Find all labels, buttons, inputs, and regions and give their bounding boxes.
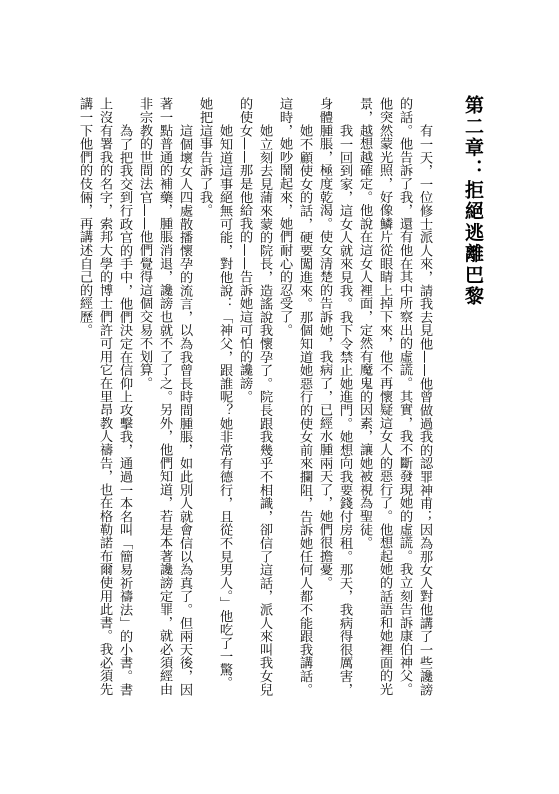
text-column: 有一天，一位修士派人來，請我去見他——他曾做過我的認罪神甫；因為那女人對他講了一…: [414, 97, 434, 699]
text-column: 她把這事告訴了我。: [194, 97, 214, 699]
text-column: 這個壞女人四處散播懷孕的流言，以為我曾長時間腫脹，如此別人就會信以為真了。但兩天…: [174, 97, 194, 699]
text-column: 這時，她吵鬧起來，她們耐心的忍受了。: [274, 97, 294, 699]
text-column: 著一點普通的補藥，腫脹消退，讒謗也就不了了之。另外，他們知道，若是本著讒謗定罪，…: [154, 97, 174, 699]
body-text: 有一天，一位修士派人來，請我去見他——他曾做過我的認罪神甫；因為那女人對他講了一…: [74, 97, 434, 699]
text-column: 她不顧使女的話，硬要闖進來。那個知道她惡行的使女前來攔阻，告訴她任何人都不能跟我…: [294, 97, 314, 699]
text-column: 她立刻去見蒲來蒙的院長，造謠說我懷孕了。院長跟我幾乎不相識，卻信了這話，派人來叫…: [254, 97, 274, 699]
text-column: 為了把我交到行政官的手中，他們決定在信仰上攻擊我，通過一本名叫「簡易祈禱法」的小…: [114, 97, 134, 699]
text-column: 我一回到家，這女人就來見我。我下令禁止她進門。她想向我要錢付房租。那天，我病得很…: [334, 97, 354, 699]
text-column: 身體腫脹，極度乾渴。使女清楚的告訴她，我病了，已經水腫兩天了，她們很擔憂。: [314, 97, 334, 699]
text-column: 的使女——那是他給我的——告訴她這可怕的讒謗。: [234, 97, 254, 699]
text-column: 的話。他告訴了我，還有他在其中所察出的虛謊。其實，我不斷發現她的虛謊。我立刻告訴…: [394, 97, 414, 699]
text-column: 他突然蒙光照，好像鱗片從眼睛上掉下來，他不再懷疑這女人的惡行了。他想起她的話語和…: [374, 97, 394, 699]
text-column: 非宗教的世間法官——他們覺得這個交易不划算。: [134, 97, 154, 699]
text-column: 她知道這事絕無可能，對他說：「神父，跟誰呢？她非常有德行，且從不見男人。」他吃了…: [214, 97, 234, 699]
text-column: 講一下他們的伎倆，再講述自己的經歷。: [74, 97, 94, 699]
text-column: 景，越想越確定。他說在這女人裡面，定然有魔鬼的因素，讓她被視為聖徒。: [354, 97, 374, 699]
chapter-title: 第二章：拒絕逃離巴黎: [462, 95, 484, 317]
text-column: 上沒有署我的名字，索邦大學的博士們許可用它在里昂教人禱告，也在格勒諾布爾使用此書…: [94, 97, 114, 699]
book-page: 第二章：拒絕逃離巴黎 有一天，一位修士派人來，請我去見他——他曾做過我的認罪神甫…: [0, 0, 559, 794]
